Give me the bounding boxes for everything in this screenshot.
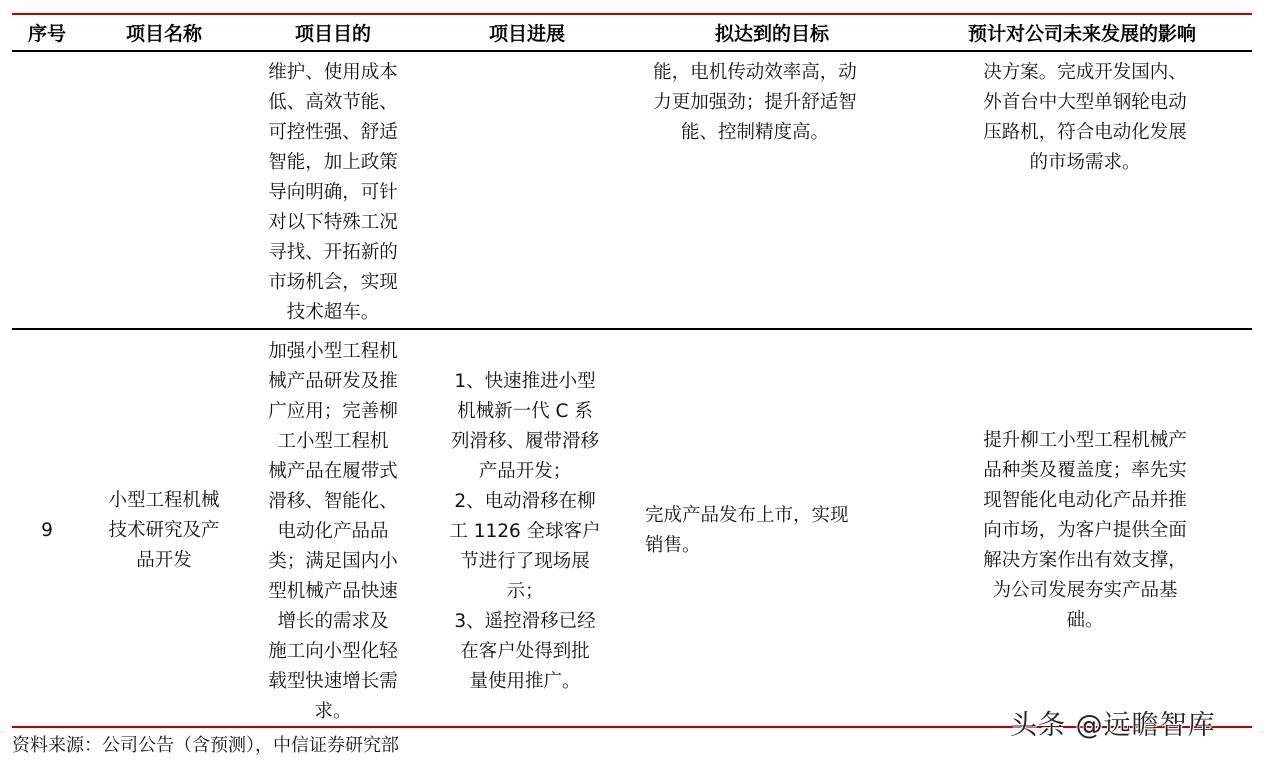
row1-impact: 决方案。完成开发国内、 外首台中大型单钢轮电动 压路机，符合电动化发展 的市场需…	[960, 58, 1210, 178]
source-note: 资料来源：公司公告（含预测），中信证券研究部	[12, 732, 399, 760]
watermark: 头条 @远瞻智库	[1010, 708, 1216, 744]
row2-purpose: 加强小型工程机 械产品研发及推 广应用；完善柳 工小型工程机 械产品在履带式 滑…	[244, 337, 422, 727]
header-project-name: 项目名称	[84, 16, 244, 51]
row2-progress: 1、快速推进小型 机械新一代 C 系 列滑移、履带滑移 产品开发； 2、电动滑移…	[430, 367, 620, 697]
table-header: 序号 项目名称 项目目的 项目进展 拟达到的目标 预计对公司未来发展的影响	[12, 16, 1252, 51]
header-project-purpose: 项目目的	[244, 16, 422, 51]
header-index: 序号	[12, 16, 82, 51]
row2-index: 9	[12, 516, 82, 546]
row1-purpose: 维护、使用成本 低、高效节能、 可控性强、舒适 智能，加上政策 导向明确，可针 …	[244, 58, 422, 328]
row1-target: 能，电机传动效率高，动 力更加强劲；提升舒适智 能、控制精度高。	[630, 58, 880, 148]
table-top-rule	[12, 13, 1252, 15]
header-bottom-rule	[12, 50, 1252, 52]
header-project-progress: 项目进展	[422, 16, 632, 51]
header-impact: 预计对公司未来发展的影响	[912, 16, 1252, 51]
row-divider	[12, 328, 1252, 330]
row2-target: 完成产品发布上市，实现 销售。	[645, 501, 885, 561]
row2-impact: 提升柳工小型工程机械产 品种类及覆盖度；率先实 现智能化电动化产品并推 向市场，…	[960, 426, 1210, 636]
header-target: 拟达到的目标	[632, 16, 912, 51]
row2-project-name: 小型工程机械 技术研究及产 品开发	[84, 486, 244, 576]
